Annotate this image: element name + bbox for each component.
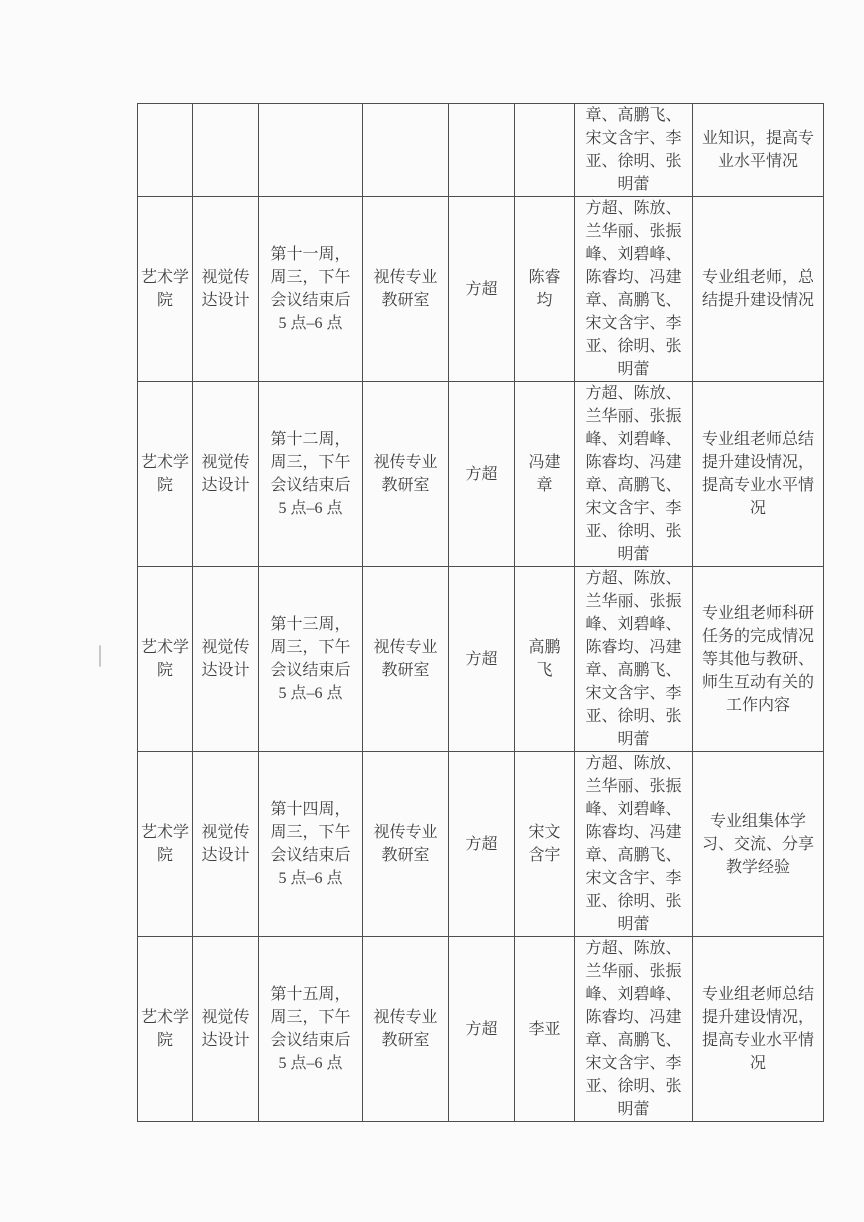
speaker-cell: 陈睿均 <box>515 197 575 382</box>
content-cell: 专业组老师总结提升建设情况，提高专业水平情况 <box>693 382 824 567</box>
participants-cell: 方超、陈放、兰华丽、张振峰、刘碧峰、陈睿均、冯建章、高鹏飞、宋文含宇、李亚、徐明… <box>575 937 693 1122</box>
participants-cell: 章、高鹏飞、宋文含宇、李亚、徐明、张明蕾 <box>575 104 693 197</box>
host-cell <box>449 104 515 197</box>
time-cell: 第十三周，周三，下午会议结束后 5 点–6 点 <box>259 567 363 752</box>
college-cell: 艺术学院 <box>138 752 193 937</box>
time-cell: 第十五周，周三，下午会议结束后 5 点–6 点 <box>259 937 363 1122</box>
speaker-cell: 李亚 <box>515 937 575 1122</box>
major-cell: 视觉传达设计 <box>193 197 259 382</box>
speaker-cell: 冯建章 <box>515 382 575 567</box>
speaker-cell: 宋文含宇 <box>515 752 575 937</box>
major-cell: 视觉传达设计 <box>193 937 259 1122</box>
location-cell <box>363 104 449 197</box>
location-cell: 视传专业教研室 <box>363 197 449 382</box>
college-cell: 艺术学院 <box>138 197 193 382</box>
host-cell: 方超 <box>449 752 515 937</box>
content-cell: 专业组集体学习、交流、分享教学经验 <box>693 752 824 937</box>
table-row-week12: 艺术学院 视觉传达设计 第十二周，周三，下午会议结束后 5 点–6 点 视传专业… <box>138 382 824 567</box>
document-page: 章、高鹏飞、宋文含宇、李亚、徐明、张明蕾 业知识，提高专业水平情况 艺术学院 视… <box>0 0 864 1222</box>
schedule-table: 章、高鹏飞、宋文含宇、李亚、徐明、张明蕾 业知识，提高专业水平情况 艺术学院 视… <box>137 103 824 1122</box>
major-cell: 视觉传达设计 <box>193 567 259 752</box>
host-cell: 方超 <box>449 937 515 1122</box>
time-cell <box>259 104 363 197</box>
major-cell <box>193 104 259 197</box>
location-cell: 视传专业教研室 <box>363 382 449 567</box>
college-cell: 艺术学院 <box>138 937 193 1122</box>
content-cell: 专业组老师总结提升建设情况，提高专业水平情况 <box>693 937 824 1122</box>
speaker-cell <box>515 104 575 197</box>
host-cell: 方超 <box>449 382 515 567</box>
participants-cell: 方超、陈放、兰华丽、张振峰、刘碧峰、陈睿均、冯建章、高鹏飞、宋文含宇、李亚、徐明… <box>575 567 693 752</box>
table-row-week11: 艺术学院 视觉传达设计 第十一周，周三，下午会议结束后 5 点–6 点 视传专业… <box>138 197 824 382</box>
content-cell: 专业组老师，总结提升建设情况 <box>693 197 824 382</box>
host-cell: 方超 <box>449 567 515 752</box>
content-cell: 专业组老师科研任务的完成情况等其他与教研、师生互动有关的工作内容 <box>693 567 824 752</box>
host-cell: 方超 <box>449 197 515 382</box>
table-row-week14: 艺术学院 视觉传达设计 第十四周，周三，下午会议结束后 5 点–6 点 视传专业… <box>138 752 824 937</box>
time-cell: 第十一周，周三，下午会议结束后 5 点–6 点 <box>259 197 363 382</box>
scan-artifact <box>99 645 101 667</box>
table-row-week15: 艺术学院 视觉传达设计 第十五周，周三，下午会议结束后 5 点–6 点 视传专业… <box>138 937 824 1122</box>
participants-cell: 方超、陈放、兰华丽、张振峰、刘碧峰、陈睿均、冯建章、高鹏飞、宋文含宇、李亚、徐明… <box>575 752 693 937</box>
major-cell: 视觉传达设计 <box>193 382 259 567</box>
major-cell: 视觉传达设计 <box>193 752 259 937</box>
participants-cell: 方超、陈放、兰华丽、张振峰、刘碧峰、陈睿均、冯建章、高鹏飞、宋文含宇、李亚、徐明… <box>575 382 693 567</box>
college-cell: 艺术学院 <box>138 567 193 752</box>
table-row-week13: 艺术学院 视觉传达设计 第十三周，周三，下午会议结束后 5 点–6 点 视传专业… <box>138 567 824 752</box>
college-cell: 艺术学院 <box>138 382 193 567</box>
location-cell: 视传专业教研室 <box>363 752 449 937</box>
content-cell: 业知识，提高专业水平情况 <box>693 104 824 197</box>
table-row-continuation: 章、高鹏飞、宋文含宇、李亚、徐明、张明蕾 业知识，提高专业水平情况 <box>138 104 824 197</box>
location-cell: 视传专业教研室 <box>363 567 449 752</box>
time-cell: 第十四周，周三，下午会议结束后 5 点–6 点 <box>259 752 363 937</box>
time-cell: 第十二周，周三，下午会议结束后 5 点–6 点 <box>259 382 363 567</box>
location-cell: 视传专业教研室 <box>363 937 449 1122</box>
college-cell <box>138 104 193 197</box>
participants-cell: 方超、陈放、兰华丽、张振峰、刘碧峰、陈睿均、冯建章、高鹏飞、宋文含宇、李亚、徐明… <box>575 197 693 382</box>
speaker-cell: 高鹏飞 <box>515 567 575 752</box>
